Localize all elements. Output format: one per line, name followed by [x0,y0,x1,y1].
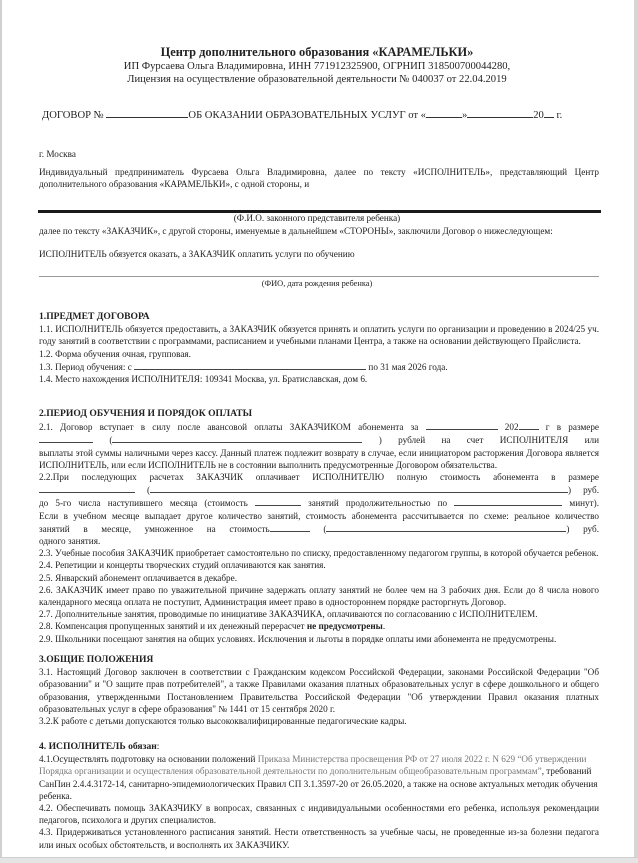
monthly-amount-field[interactable] [39,483,135,493]
document-page: Центр дополнительного образования «КАРАМ… [0,0,634,857]
clause-2-6: 2.6. ЗАКАЗЧИК имеет право по уважительно… [39,584,599,608]
scrollbar-track[interactable] [634,0,638,858]
contract-title-line: ДОГОВОР № ОБ ОКАЗАНИИ ОБРАЗОВАТЕЛЬНЫХ УС… [42,108,562,121]
clause-1-1: 1.1. ИСПОЛНИТЕЛЬ обязуется предоставить,… [39,323,599,347]
clause-1-4: 1.4. Место нахождения ИСПОЛНИТЕЛЯ: 10934… [39,373,599,385]
rub-label-2: ) руб. [566,524,599,534]
per-lesson-label: занятий в месяце, умноженное на стоимост… [39,524,270,534]
clause-3-1: 3.1. Настоящий Договор заключен в соотве… [39,666,599,715]
clause-2-3: 2.3. Учебные пособия ЗАКАЗЧИК приобретае… [39,547,599,559]
monthly-amount-words-field[interactable] [150,483,568,493]
clause-2-1-line2: ( ) рублей на счет ИСПОЛНИТЕЛЯ или [39,433,599,446]
clause-2-2-line4: Если в учебном месяце выпадает другое ко… [39,510,599,522]
lesson-duration-field[interactable] [454,496,562,506]
clause-2-7: 2.7. Дополнительные занятия, проводимые … [39,608,599,620]
clause-4-1-text: 4.1.Осуществлять подготовку на основании… [39,754,258,764]
clause-2-2-line1: 2.2.При последующих расчетах ЗАКАЗЧИК оп… [39,471,599,483]
clause-3-2: 3.2.К работе с детьми допускаются только… [39,715,599,727]
section-1: 1.ПРЕДМЕТ ДОГОВОРА 1.1. ИСПОЛНИТЕЛЬ обяз… [39,311,599,385]
contract-number-label: ДОГОВОР № [42,110,104,121]
representative-caption: (Ф.И.О. законного представителя ребенка) [0,213,634,223]
clause-2-8: 2.8. Компенсация пропущенных занятий и и… [39,620,599,632]
clause-2-9: 2.9. Школьники посещают занятия на общих… [39,633,599,645]
clause-2-8-text: 2.8. Компенсация пропущенных занятий и и… [39,621,305,631]
section-2-title: 2.ПЕРИОД ОБУЧЕНИЯ И ПОРЯДОК ОПЛАТЫ [39,408,599,420]
due-date-text: до 5-го числа наступившего месяца (стоим… [39,498,248,508]
organization-title: Центр дополнительного образования «КАРАМ… [0,45,634,60]
section-4-title: 4. ИСПОЛНИТЕЛЬ обязан: [39,740,599,753]
section-2: 2.ПЕРИОД ОБУЧЕНИЯ И ПОРЯДОК ОПЛАТЫ 2.1. … [39,408,599,645]
section-4-colon: : [157,741,160,751]
page-bottom-edge [0,857,638,863]
contract-day-field[interactable] [426,108,462,118]
contract-year-field[interactable] [544,108,554,118]
obligation-line: ИСПОЛНИТЕЛЬ обязуется оказать, а ЗАКАЗЧИ… [39,248,355,260]
year-prefix: 20 [533,110,544,121]
clause-1-2: 1.2. Форма обучения очная, групповая. [39,348,599,360]
clause-2-1-line1: 2.1. Договор вступает в силу после аванс… [39,420,599,433]
clause-2-1-amount-label: г в размере [546,422,599,432]
clause-2-8-dot: . [383,621,385,631]
city: г. Москва [39,148,76,160]
clause-2-2-line3: до 5-го числа наступившего месяца (стоим… [39,496,599,509]
contract-number-field[interactable] [106,108,188,118]
advance-amount-field[interactable] [39,433,93,443]
section-3: 3.ОБЩИЕ ПОЛОЖЕНИЯ 3.1. Настоящий Договор… [39,654,599,727]
clause-2-1-text: 2.1. Договор вступает в силу после аванс… [39,422,418,432]
child-name-field[interactable] [39,276,599,277]
year-202: 202 [505,422,519,432]
clause-2-2-line5: занятий в месяце, умноженное на стоимост… [39,522,599,535]
section-3-title: 3.ОБЩИЕ ПОЛОЖЕНИЯ [39,654,599,666]
advance-amount-words-field[interactable] [112,433,362,443]
minutes-label: минут). [569,498,599,508]
child-caption: (ФИО, дата рождения ребенка) [0,279,634,288]
clause-1-3-suffix: по 31 мая 2026 года. [368,362,447,372]
clause-1-3: 1.3. Период обучения: с по 31 мая 2026 г… [39,360,599,373]
clause-1-3-prefix: 1.3. Период обучения: с [39,362,132,372]
lessons-count-field[interactable] [255,496,301,506]
section-4: 4. ИСПОЛНИТЕЛЬ обязан: 4.1.Осуществлять … [39,740,599,851]
clause-2-5: 2.5. Январский абонемент оплачивается в … [39,572,599,584]
lesson-price-words-field[interactable] [326,522,566,532]
contract-month-field[interactable] [467,108,533,118]
contract-subject: ОБ ОКАЗАНИИ ОБРАЗОВАТЕЛЬНЫХ УСЛУГ от « [188,110,426,121]
organization-details: ИП Фурсаева Ольга Владимировна, ИНН 7719… [0,61,634,72]
intro-paragraph: Индивидуальный предприниматель Фурсаева … [39,166,599,190]
duration-label: занятий продолжительностью по [308,498,447,508]
section-4-title-text: 4. ИСПОЛНИТЕЛЬ обязан [39,741,157,752]
clause-2-8-bold: не предусмотрены [307,621,383,631]
clause-2-1-account: ) рублей на счет ИСПОЛНИТЕЛЯ или [379,435,599,445]
study-start-field[interactable] [134,360,366,370]
clause-2-1-rest: выплаты этой суммы наличными через кассу… [39,447,599,471]
intro-text: Индивидуальный предприниматель Фурсаева … [39,166,599,190]
subscription-period-field[interactable] [426,420,498,430]
license-info: Лицензия на осуществление образовательно… [0,74,634,85]
clause-4-1: 4.1.Осуществлять подготовку на основании… [39,753,599,802]
subscription-year-field[interactable] [519,420,539,430]
clause-4-2: 4.2. Обеспечивать помощь ЗАКАЗЧИКУ в воп… [39,802,599,826]
section-1-title: 1.ПРЕДМЕТ ДОГОВОРА [39,311,599,323]
clause-4-3: 4.3. Придерживаться установленного распи… [39,826,599,850]
clause-2-2-end: одного занятия. [39,535,599,547]
lesson-price-field[interactable] [270,522,310,532]
customer-line: далее по тексту «ЗАКАЗЧИК», с другой сто… [39,225,553,237]
rub-label: ) руб. [568,485,599,495]
year-suffix: г. [557,110,563,121]
clause-2-2-line2: () руб. [39,483,599,496]
clause-2-4: 2.4. Репетиции и концерты творческих сту… [39,559,599,571]
